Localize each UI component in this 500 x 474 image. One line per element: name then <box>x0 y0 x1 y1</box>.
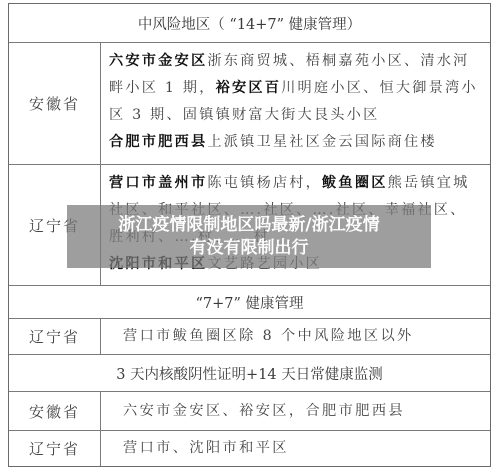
medium-risk-header-text: 中风险地区（ “14+7” 健康管理） <box>138 13 361 34</box>
areas-cell: 六安市金安区浙东商贸城、梧桐嘉苑小区、清水河畔小区 1 期，裕安区百川明庭小区、… <box>101 43 490 164</box>
three-day-header: 3 天内核酸阴性证明+14 天日常健康监测 <box>9 355 490 392</box>
table-row-liaoning-3day: 辽宁省 营口市、沈阳市和平区 <box>9 431 490 466</box>
province-cell: 辽宁省 <box>9 431 101 466</box>
province-cell: 安徽省 <box>9 43 101 164</box>
area-bold: 营口市盖州市 <box>109 175 207 191</box>
medium-risk-header: 中风险地区（ “14+7” 健康管理） <box>9 4 490 43</box>
province-cell: 辽宁省 <box>9 319 101 354</box>
areas-cell: 营口市鲅鱼圈区除 8 个中风险地区以外 <box>101 319 490 354</box>
overlay-title-line1: 浙江疫情限制地区吗最新/浙江疫情 <box>118 214 379 237</box>
overlay-title-line2: 有没有限制出行 <box>190 237 309 260</box>
seven-plus-seven-header: “7+7” 健康管理 <box>9 286 490 319</box>
areas-cell: 六安市金安区、裕安区，合肥市肥西县 <box>101 392 490 430</box>
title-overlay: 浙江疫情限制地区吗最新/浙江疫情 有没有限制出行 <box>67 205 431 268</box>
table-row-anhui-3day: 安徽省 六安市金安区、裕安区，合肥市肥西县 <box>9 392 490 431</box>
section-header-text: “7+7” 健康管理 <box>195 292 303 313</box>
area-bold: 裕安区百 <box>216 80 282 96</box>
area-text: 陈屯镇杨店村， <box>207 175 322 191</box>
province-cell: 安徽省 <box>9 392 101 430</box>
areas-cell: 营口市、沈阳市和平区 <box>101 431 490 466</box>
table-row-liaoning-7plus7: 辽宁省 营口市鲅鱼圈区除 8 个中风险地区以外 <box>9 319 490 355</box>
area-bold: 六安市金安区 <box>109 53 207 69</box>
table-row-anhui-medium: 安徽省 六安市金安区浙东商贸城、梧桐嘉苑小区、清水河畔小区 1 期，裕安区百川明… <box>9 43 490 165</box>
section-header-text: 3 天内核酸阴性证明+14 天日常健康监测 <box>116 363 383 384</box>
area-text: 上派镇卫星社区金云国际商住楼 <box>207 134 436 150</box>
area-bold: 合肥市肥西县 <box>109 134 207 150</box>
area-bold: 鲅鱼圈区 <box>322 175 388 191</box>
